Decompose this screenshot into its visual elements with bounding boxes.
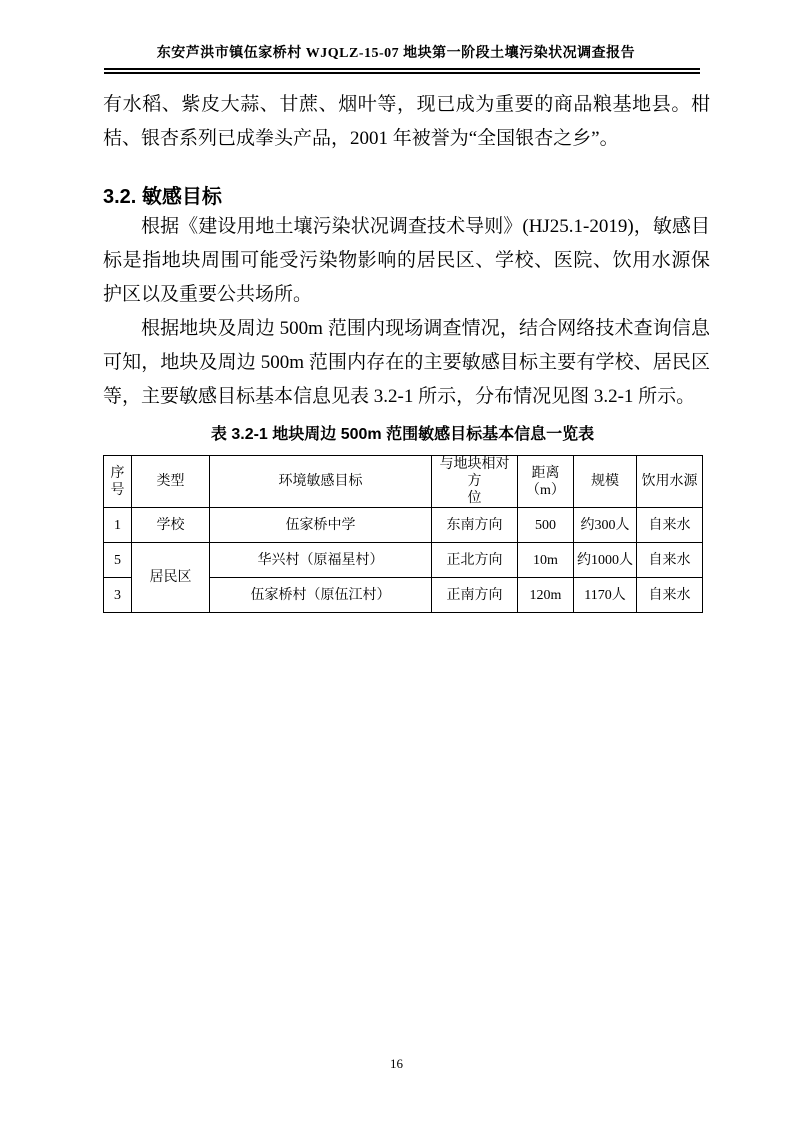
table-caption: 表 3.2-1 地块周边 500m 范围敏感目标基本信息一览表 xyxy=(103,424,702,446)
page-number: 16 xyxy=(0,1056,793,1072)
cell-type-merged: 居民区 xyxy=(132,543,210,613)
cell-water: 自来水 xyxy=(637,543,703,578)
header-cell-type: 类型 xyxy=(132,456,210,508)
cell-distance: 500 xyxy=(518,508,574,543)
header-cell-scale: 规模 xyxy=(574,456,637,508)
table-header-row: 序号 类型 环境敏感目标 与地块相对方 位 距离 （m） 规模 饮用水源 xyxy=(104,456,703,508)
header-cell-distance: 距离 （m） xyxy=(518,456,574,508)
table-row: 5 居民区 华兴村（原福星村） 正北方向 10m 约1000人 自来水 xyxy=(104,543,703,578)
cell-seq: 5 xyxy=(104,543,132,578)
page-content: 有水稻、紫皮大蒜、甘蔗、烟叶等，现已成为重要的商品粮基地县。柑桔、银杏系列已成拳… xyxy=(103,88,710,613)
cell-target: 伍家桥村（原伍江村） xyxy=(210,578,432,613)
header-title: 东安芦洪市镇伍家桥村 WJQLZ-15-07 地块第一阶段土壤污染状况调查报告 xyxy=(96,45,696,63)
paragraph-sensitive-definition: 根据《建设用地土壤污染状况调查技术导则》(HJ25.1-2019)，敏感目标是指… xyxy=(103,210,710,312)
cell-target: 伍家桥中学 xyxy=(210,508,432,543)
cell-water: 自来水 xyxy=(637,578,703,613)
cell-water: 自来水 xyxy=(637,508,703,543)
cell-distance: 10m xyxy=(518,543,574,578)
header-double-rule xyxy=(104,68,700,74)
header-cell-direction: 与地块相对方 位 xyxy=(432,456,518,508)
paragraph-crops: 有水稻、紫皮大蒜、甘蔗、烟叶等，现已成为重要的商品粮基地县。柑桔、银杏系列已成拳… xyxy=(103,88,710,156)
cell-seq: 1 xyxy=(104,508,132,543)
cell-scale: 约300人 xyxy=(574,508,637,543)
sensitive-targets-table: 序号 类型 环境敏感目标 与地块相对方 位 距离 （m） 规模 饮用水源 1 学… xyxy=(103,455,703,613)
cell-scale: 约1000人 xyxy=(574,543,637,578)
header-cell-water: 饮用水源 xyxy=(637,456,703,508)
cell-target: 华兴村（原福星村） xyxy=(210,543,432,578)
table-row: 1 学校 伍家桥中学 东南方向 500 约300人 自来水 xyxy=(104,508,703,543)
cell-direction: 正北方向 xyxy=(432,543,518,578)
cell-direction: 正南方向 xyxy=(432,578,518,613)
paragraph-survey-result: 根据地块及周边 500m 范围内现场调查情况，结合网络技术查询信息可知，地块及周… xyxy=(103,312,710,414)
cell-seq: 3 xyxy=(104,578,132,613)
cell-scale: 1170人 xyxy=(574,578,637,613)
header-cell-seq: 序号 xyxy=(104,456,132,508)
section-heading-sensitive-targets: 3.2. 敏感目标 xyxy=(103,184,710,210)
header-cell-target: 环境敏感目标 xyxy=(210,456,432,508)
document-page: 东安芦洪市镇伍家桥村 WJQLZ-15-07 地块第一阶段土壤污染状况调查报告 … xyxy=(0,0,793,1122)
cell-type: 学校 xyxy=(132,508,210,543)
cell-direction: 东南方向 xyxy=(432,508,518,543)
cell-distance: 120m xyxy=(518,578,574,613)
